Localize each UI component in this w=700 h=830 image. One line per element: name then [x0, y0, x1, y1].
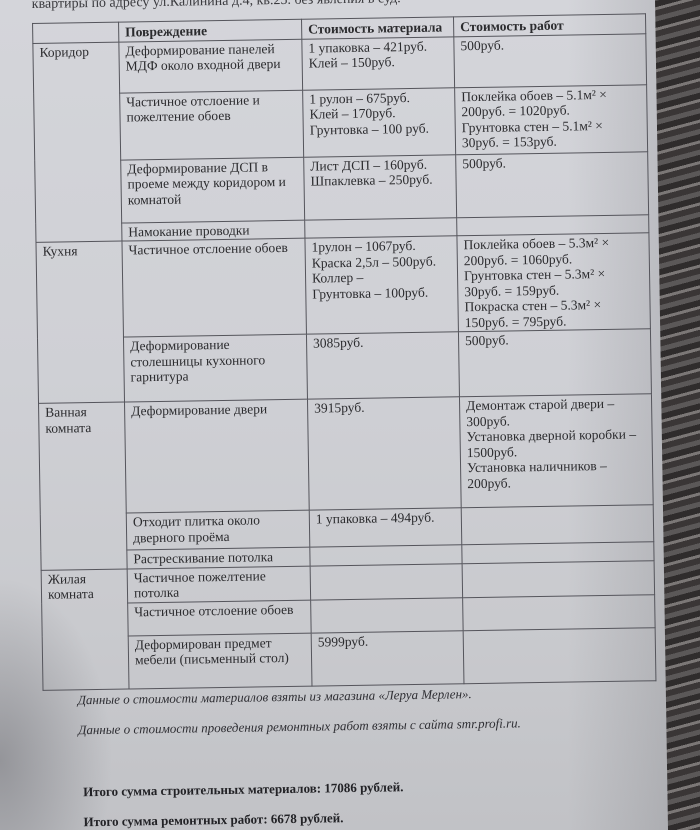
material-cost-cell: 1 упаковка – 494руб. [309, 508, 462, 547]
material-cost-line: Грунтовка – 100руб. [312, 284, 452, 302]
materials-source-note: Данные о стоимости материалов взяты из м… [78, 686, 472, 708]
material-cost-line: Шпаклевка – 250руб. [310, 171, 450, 189]
works-total: Итого сумма ремонтных работ: 6678 рублей… [83, 810, 343, 830]
damage-cell: Частичное отслоение обоев [122, 238, 306, 337]
material-cost-cell: 5999руб. [311, 630, 464, 685]
material-cost-line: 1 упаковка – 494руб. [316, 509, 456, 527]
damage-cell: Частичное пожелтение потолка [127, 566, 311, 603]
material-cost-line: Краска 2,5л – 500руб. [312, 253, 452, 271]
work-cost-line: Поклейка обоев – 5.1м² × 200руб. = 1020р… [461, 86, 641, 120]
works-source-note: Данные о стоимости проведения ремонтных … [78, 715, 521, 738]
work-cost-cell [461, 505, 654, 545]
work-cost-line: Установка наличников – 200руб. [467, 457, 647, 491]
room-name-cell: Кухня [36, 241, 125, 403]
header-room [33, 22, 119, 43]
damage-estimate-table: Повреждение Стоимость материала Стоимост… [32, 13, 656, 690]
material-cost-cell: 1рулон – 1067руб.Краска 2,5л – 500руб.Ко… [305, 236, 458, 334]
work-cost-line: Грунтовка стен – 5.3м² × 30руб. = 159руб… [464, 265, 644, 299]
room-name-cell: Ванная комната [39, 402, 128, 570]
material-cost-cell: 3915руб. [307, 397, 461, 510]
work-cost-cell [462, 560, 655, 597]
table-row: Деформирован предмет мебели (письменный … [42, 627, 656, 690]
work-cost-line: Демонтаж старой двери – 300руб. [466, 395, 646, 429]
work-cost-cell: 500руб. [456, 151, 649, 217]
header-material-cost: Стоимость материала [302, 17, 454, 39]
work-cost-cell: 500руб. [454, 33, 647, 87]
material-cost-line: Клей – 150руб. [309, 53, 449, 71]
material-cost-line: 3085руб. [313, 333, 453, 351]
work-cost-line: 500руб. [462, 153, 642, 171]
materials-total: Итого сумма строительных материалов: 170… [83, 779, 404, 800]
material-cost-cell: 3085руб. [306, 332, 459, 399]
work-cost-line: Покраска стен – 5.3м² × 150руб. = 795руб… [464, 296, 644, 330]
damage-cell: Деформирование двери [125, 399, 310, 513]
table-row: Частичное отслоение и пожелтение обоев1 … [34, 84, 648, 161]
material-cost-line: 3915руб. [314, 398, 454, 416]
damage-cell: Частичное отслоение обоев [128, 600, 311, 636]
work-cost-line: Установка дверной коробки – 1500руб. [466, 426, 646, 460]
material-cost-cell [311, 597, 463, 632]
table-row: КухняЧастичное отслоение обоев1рулон – 1… [36, 233, 650, 339]
work-cost-cell [463, 594, 655, 630]
work-cost-line: 500руб. [460, 35, 640, 53]
work-cost-line: Грунтовка стен – 5.1м² × 30руб. = 153руб… [462, 117, 642, 151]
work-cost-cell: Поклейка обоев – 5.1м² × 200руб. = 1020р… [455, 84, 648, 154]
document-page: квартиры по адресу ул.Калинина д.4, кв.2… [0, 0, 700, 830]
work-cost-line: 500руб. [465, 330, 645, 348]
damage-cell: Деформирование столешницы кухонного гарн… [123, 334, 307, 402]
table-row: Деформирование ДСП в проеме между коридо… [35, 151, 649, 224]
table-body: КоридорДеформирование панелей МДФ около … [33, 33, 656, 690]
cut-off-heading-text: квартиры по адресу ул.Калинина д.4, кв.2… [32, 0, 401, 13]
material-cost-cell: 1 рулон – 675руб.Клей – 170руб.Грунтовка… [303, 87, 456, 156]
work-cost-line: Поклейка обоев – 5.3м² × 200руб. = 1060р… [463, 234, 643, 268]
damage-cell: Отходит плитка около дверного проёма [126, 510, 310, 550]
material-cost-line: Грунтовка – 100 руб. [310, 120, 450, 138]
damage-cell: Деформирован предмет мебели (письменный … [128, 633, 312, 689]
table-row: Ванная комнатаДеформирование двери3915ру… [39, 394, 654, 515]
work-cost-cell [463, 627, 656, 683]
work-cost-cell: Поклейка обоев – 5.3м² × 200руб. = 1060р… [457, 233, 650, 332]
material-cost-cell: Лист ДСП – 160руб.Шпаклевка – 250руб. [304, 154, 457, 219]
material-cost-cell [310, 563, 463, 599]
damage-cell: Частичное отслоение и пожелтение обоев [120, 90, 304, 160]
material-cost-cell: 1 упаковка – 421руб.Клей – 150руб. [302, 36, 455, 89]
damage-cell: Деформирование панелей МДФ около входной… [119, 39, 303, 93]
material-cost-cell [310, 545, 462, 566]
room-name-cell: Коридор [33, 42, 122, 243]
material-cost-line: 5999руб. [318, 632, 458, 650]
room-name-cell: Жилая комната [41, 569, 129, 690]
material-cost-cell [305, 217, 457, 238]
damage-cell: Деформирование ДСП в проеме между коридо… [121, 157, 305, 223]
table-row: Деформирование столешницы кухонного гарн… [37, 329, 651, 404]
work-cost-cell: 500руб. [458, 329, 651, 397]
work-cost-cell: Демонтаж старой двери – 300руб.Установка… [459, 394, 653, 508]
